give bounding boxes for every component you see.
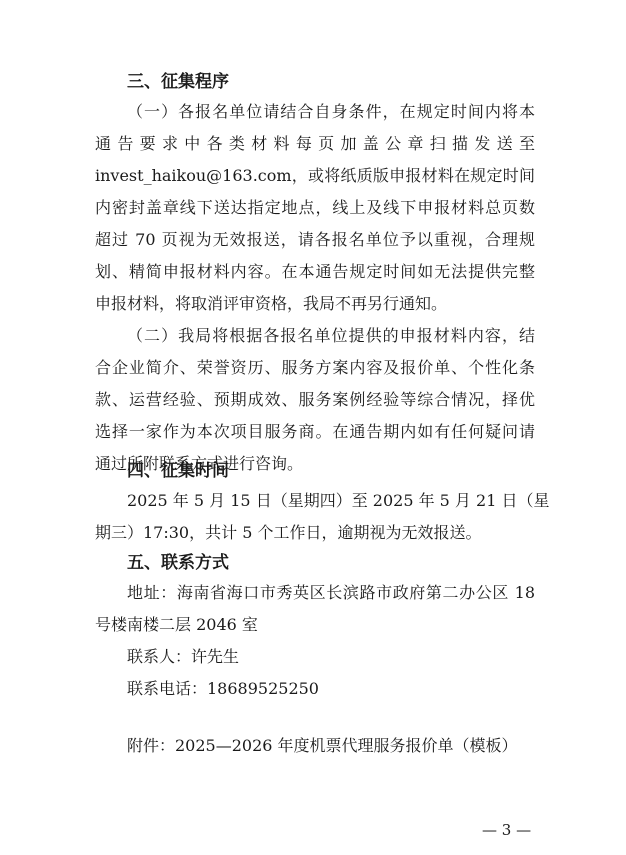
date-range-line: 期三）17:30，共计 5 个工作日，逾期视为无效报送。 [95,518,535,548]
paragraph-line: 内密封盖章线下送达指定地点，线上及线下申报材料总页数 [95,193,535,223]
paragraph-line: 超过 70 页视为无效报送，请各报名单位予以重视，合理规 [95,225,535,255]
document-page: 三、征集程序 （一）各报名单位请结合自身条件，在规定时间内将本 通告要求中各类材… [0,0,626,855]
contact-phone: 联系电话：18689525250 [127,674,535,704]
paragraph-line: （一）各报名单位请结合自身条件，在规定时间内将本 [127,97,535,127]
page-number: — 3 — [482,820,531,840]
paragraph-line: 合企业简介、荣誉资历、服务方案内容及报价单、个性化条 [95,353,535,383]
address-line: 号楼南楼二层 2046 室 [95,610,535,640]
section-heading-procedure: 三、征集程序 [127,67,229,97]
paragraph-line: 划、精简申报材料内容。在本通告规定时间如无法提供完整 [95,257,535,287]
paragraph-line: 款、运营经验、预期成效、服务案例经验等综合情况，择优 [95,385,535,415]
paragraph-line: 通告要求中各类材料每页加盖公章扫描发送至 [95,129,535,159]
address-line: 地址：海南省海口市秀英区长滨路市政府第二办公区 18 [127,578,535,608]
paragraph-line: 选择一家作为本次项目服务商。在通告期内如有任何疑问请 [95,417,535,447]
paragraph-line: 申报材料，将取消评审资格，我局不再另行通知。 [95,289,535,319]
paragraph-line: （二）我局将根据各报名单位提供的申报材料内容，结 [127,321,535,351]
contact-person: 联系人：许先生 [127,642,535,672]
paragraph-line-email: invest_haikou@163.com，或将纸质版申报材料在规定时间 [95,161,535,191]
section-heading-time: 四、征集时间 [127,456,229,486]
attachment-note: 附件：2025—2026 年度机票代理服务报价单（模板） [127,731,535,761]
date-range-line: 2025 年 5 月 15 日（星期四）至 2025 年 5 月 21 日（星 [127,486,535,516]
section-heading-contact: 五、联系方式 [127,548,229,578]
